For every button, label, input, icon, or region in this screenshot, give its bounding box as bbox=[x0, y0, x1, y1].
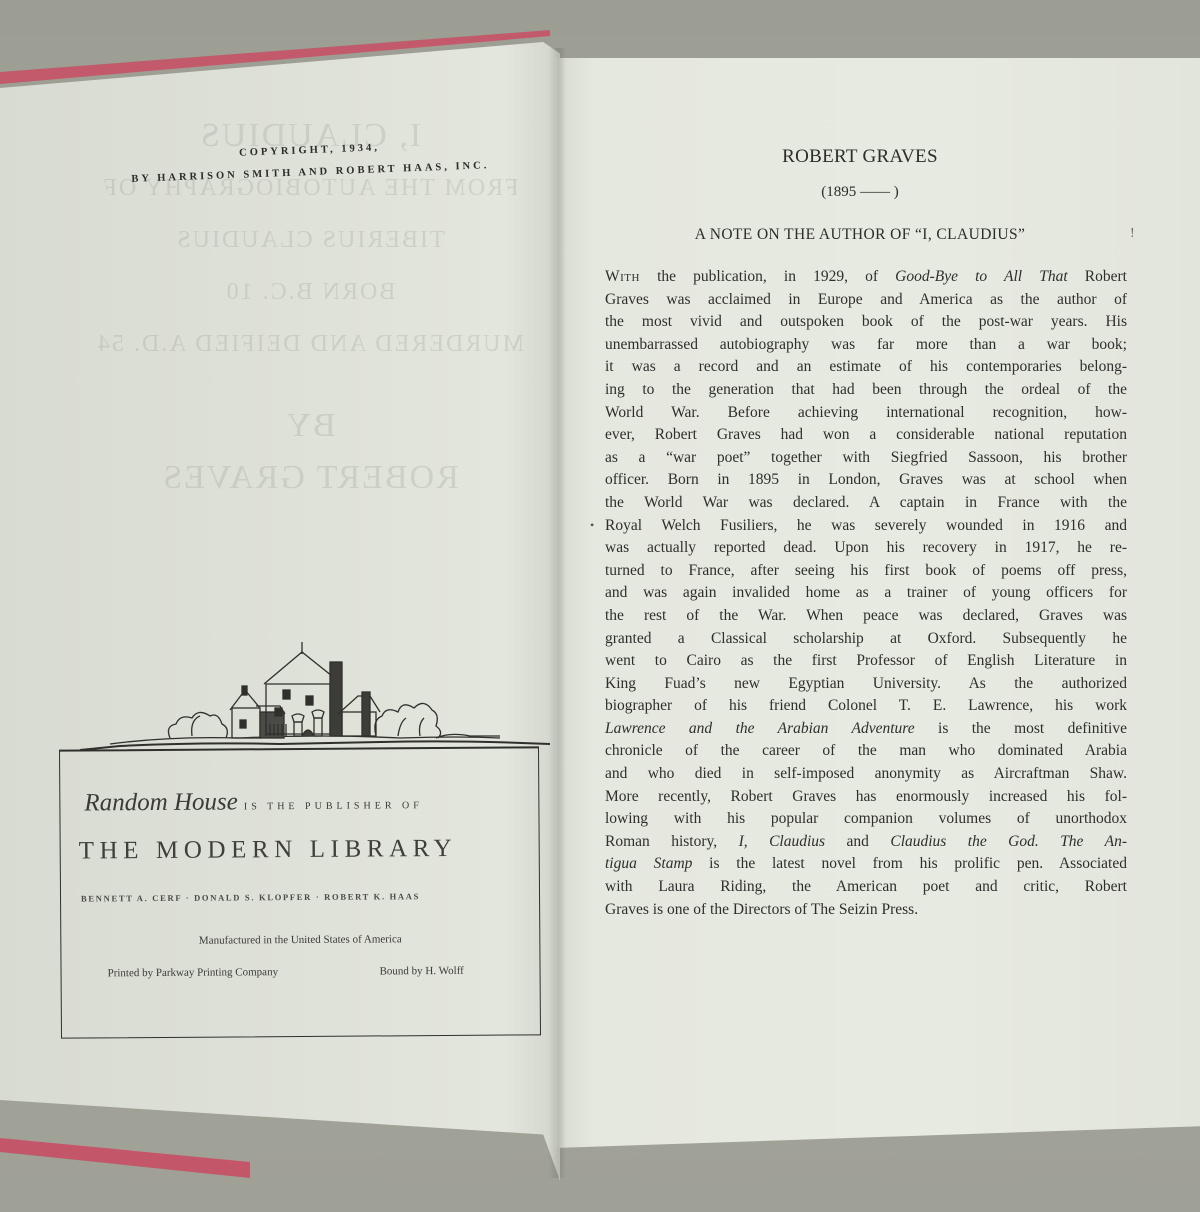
text-segment: turned to France, after seeing his first… bbox=[605, 562, 1127, 579]
text-segment: Robert bbox=[1068, 268, 1127, 285]
bound-by: Bound by H. Wolff bbox=[380, 965, 464, 978]
text-line: was actually reported dead. Upon his rec… bbox=[605, 537, 1127, 560]
book-title: I, Claudius bbox=[739, 833, 825, 850]
text-line: Graves is one of the Directors of The Se… bbox=[605, 899, 1127, 922]
text-segment: went to Cairo as the first Professor of … bbox=[605, 652, 1127, 669]
publisher-line: Random HouseIS THE PUBLISHER OF bbox=[84, 786, 524, 817]
text-segment: and bbox=[825, 833, 890, 850]
text-segment: the most vivid and outspoken book of the… bbox=[605, 313, 1127, 330]
author-dates: (1895 —— ) bbox=[600, 184, 1120, 201]
book-title: Lawrence and the Arabian Adventure bbox=[605, 720, 915, 737]
text-segment: lowing with his popular companion volume… bbox=[605, 810, 1127, 827]
text-segment: and was again invalided home as a traine… bbox=[605, 584, 1127, 601]
text-segment: officer. Born in 1895 in London, Graves … bbox=[605, 471, 1127, 488]
text-segment: the World War was declared. A captain in… bbox=[605, 494, 1127, 511]
note-title: A NOTE ON THE AUTHOR OF “I, CLAUDIUS” bbox=[600, 226, 1120, 244]
book-title: Good-Bye to All That bbox=[895, 268, 1068, 285]
text-segment: biographer of his friend Colonel T. E. L… bbox=[605, 697, 1127, 714]
printed-by: Printed by Parkway Printing Company bbox=[108, 966, 279, 979]
text-line: Roman history, I, Claudius and Claudius … bbox=[605, 831, 1127, 854]
text-segment: Graves is one of the Directors of The Se… bbox=[605, 901, 918, 918]
text-segment: granted a Classical scholarship at Oxfor… bbox=[605, 630, 1127, 647]
text-line: World War. Before achieving internationa… bbox=[605, 402, 1127, 425]
text-segment: Royal Welch Fusiliers, he was severely w… bbox=[605, 517, 1127, 534]
book-title: tigua Stamp bbox=[605, 855, 692, 872]
text-line: and who died in self-imposed anonymity a… bbox=[605, 763, 1127, 786]
text-segment: unembarrassed autobiography was far more… bbox=[605, 336, 1127, 353]
text-segment: is the most definitive bbox=[915, 720, 1127, 737]
text-line: ing to the generation that had been thro… bbox=[605, 379, 1127, 402]
text-line: Lawrence and the Arabian Adventure is th… bbox=[605, 718, 1127, 741]
text-segment: it was a record and an estimate of his c… bbox=[605, 358, 1127, 375]
text-line: lowing with his popular companion volume… bbox=[605, 808, 1127, 831]
text-line: the rest of the War. When peace was decl… bbox=[605, 605, 1127, 628]
text-segment: the rest of the War. When peace was decl… bbox=[605, 607, 1127, 624]
text-segment: King Fuad’s new Egyptian University. As … bbox=[605, 675, 1127, 692]
ghost-line: TIBERIUS CLAUDIUS bbox=[80, 214, 540, 266]
text-segment: More recently, Robert Graves has enormou… bbox=[605, 788, 1127, 805]
text-line: Graves was acclaimed in Europe and Ameri… bbox=[605, 289, 1127, 312]
house-illustration-icon bbox=[80, 628, 550, 753]
text-segment: as a “war poet” together with Siegfried … bbox=[605, 449, 1127, 466]
author-note-body: With the publication, in 1929, of Good-B… bbox=[605, 266, 1127, 921]
text-line: With the publication, in 1929, of Good-B… bbox=[605, 266, 1127, 289]
ghost-line: BY bbox=[80, 400, 540, 452]
manufactured-note: Manufactured in the United States of Ame… bbox=[61, 932, 539, 947]
text-line: the World War was declared. A captain in… bbox=[605, 492, 1127, 515]
text-line: with Laura Riding, the American poet and… bbox=[605, 876, 1127, 899]
text-segment: and who died in self-imposed anonymity a… bbox=[605, 765, 1127, 782]
text-segment: ever, Robert Graves had won a considerab… bbox=[605, 426, 1127, 443]
imprint-name: Random House bbox=[84, 788, 238, 816]
text-line: chronicle of the career of the man who d… bbox=[605, 740, 1127, 763]
ghost-line: BORN B.C. 10 bbox=[80, 266, 540, 318]
text-segment: Roman history, bbox=[605, 833, 739, 850]
text-line: went to Cairo as the first Professor of … bbox=[605, 650, 1127, 673]
text-line: as a “war poet” together with Siegfried … bbox=[605, 447, 1127, 470]
ghost-line: MURDERED AND DEIFIED A.D. 54 bbox=[80, 318, 540, 370]
text-segment: World War. Before achieving internationa… bbox=[605, 404, 1127, 421]
dropcap-word: With bbox=[605, 268, 640, 285]
text-segment: ing to the generation that had been thro… bbox=[605, 381, 1127, 398]
text-line: unembarrassed autobiography was far more… bbox=[605, 334, 1127, 357]
text-line: the most vivid and outspoken book of the… bbox=[605, 311, 1127, 334]
text-line: tigua Stamp is the latest novel from his… bbox=[605, 853, 1127, 876]
text-line: More recently, Robert Graves has enormou… bbox=[605, 786, 1127, 809]
margin-mark: ! bbox=[1130, 226, 1135, 242]
series-name: THE MODERN LIBRARY bbox=[79, 834, 539, 865]
text-line: biographer of his friend Colonel T. E. L… bbox=[605, 695, 1127, 718]
text-line: and was again invalided home as a traine… bbox=[605, 582, 1127, 605]
book-gutter bbox=[548, 48, 566, 1178]
margin-mark: • bbox=[590, 518, 594, 533]
text-line: granted a Classical scholarship at Oxfor… bbox=[605, 628, 1127, 651]
text-line: ever, Robert Graves had won a considerab… bbox=[605, 424, 1127, 447]
text-segment: with Laura Riding, the American poet and… bbox=[605, 878, 1127, 895]
text-segment: the publication, in 1929, of bbox=[640, 268, 895, 285]
book-title: Claudius the God. The An- bbox=[890, 833, 1127, 850]
text-segment: chronicle of the career of the man who d… bbox=[605, 742, 1127, 759]
text-segment: is the latest novel from his prolific pe… bbox=[692, 855, 1127, 872]
imprint-rest: IS THE PUBLISHER OF bbox=[244, 800, 423, 812]
text-line: it was a record and an estimate of his c… bbox=[605, 356, 1127, 379]
text-line: turned to France, after seeing his first… bbox=[605, 560, 1127, 583]
text-line: King Fuad’s new Egyptian University. As … bbox=[605, 673, 1127, 696]
ghost-line: ROBERT GRAVES bbox=[80, 452, 540, 504]
publisher-colophon: Random HouseIS THE PUBLISHER OF THE MODE… bbox=[59, 746, 541, 1038]
text-line: officer. Born in 1895 in London, Graves … bbox=[605, 469, 1127, 492]
publisher-names: BENNETT A. CERF · DONALD S. KLOPFER · RO… bbox=[81, 890, 531, 903]
text-segment: was actually reported dead. Upon his rec… bbox=[605, 539, 1127, 556]
text-segment: Graves was acclaimed in Europe and Ameri… bbox=[605, 291, 1127, 308]
author-name: ROBERT GRAVES bbox=[600, 146, 1120, 168]
text-line: Royal Welch Fusiliers, he was severely w… bbox=[605, 515, 1127, 538]
